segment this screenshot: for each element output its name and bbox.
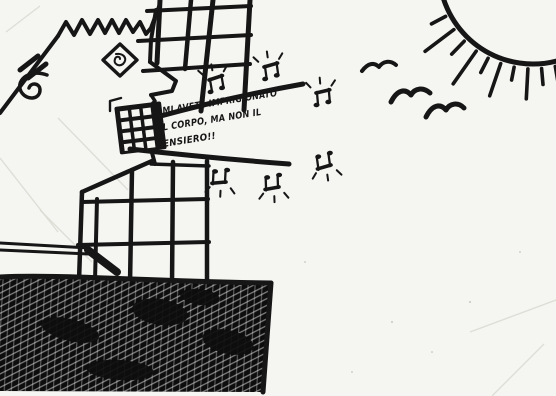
bird-icon	[391, 89, 430, 102]
sun-icon	[425, 0, 556, 99]
eye-icon	[103, 44, 137, 76]
bench-pipe	[0, 243, 117, 272]
speech-line-3: PENSIERO!!	[156, 131, 217, 151]
face-profile	[0, 4, 176, 164]
music-note-icon	[259, 172, 289, 202]
bird-icon	[362, 62, 396, 71]
drawing-canvas: MI AVETE IMPRIGIONATO IL CORPO, MA NON I…	[0, 0, 556, 396]
bird-icon	[426, 104, 464, 117]
music-note-icon	[205, 167, 235, 198]
hatched-wall	[0, 276, 271, 392]
music-note-icon	[309, 150, 342, 183]
paper-speckles	[304, 251, 521, 373]
nose-line	[150, 62, 176, 95]
cartoon-drawing: MI AVETE IMPRIGIONATO IL CORPO, MA NON I…	[0, 0, 556, 396]
beam-underline	[151, 164, 209, 166]
music-note-icon	[306, 76, 337, 108]
music-note-icon	[253, 49, 286, 82]
zigzag-hair	[58, 4, 160, 36]
prison-cage-grid	[78, 161, 209, 287]
